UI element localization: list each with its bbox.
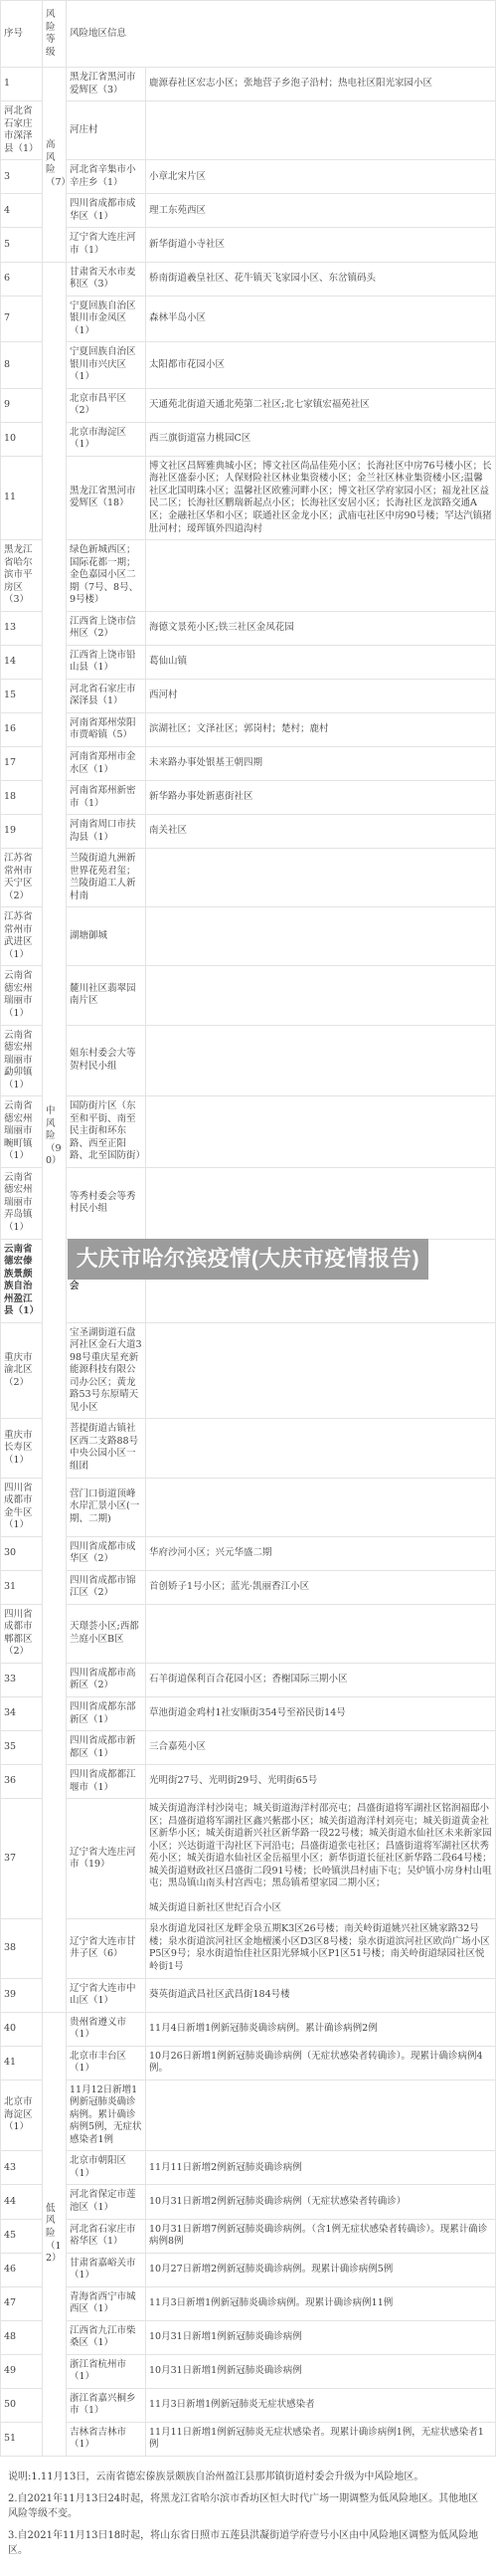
index-cell: 江苏省常州市天宁区（2） — [1, 849, 43, 907]
notes: 说明:1.11月13日，云南省德宏傣族景颇族自治州盈江县那邦镇街道村委会升级为中… — [0, 2457, 497, 2576]
location-cell: 菩提街道古镇社区西二支路88号中央公园小区一组团 — [67, 1419, 146, 1478]
table-row: 7宁夏回族自治区银川市金凤区（1）森林半岛小区 — [1, 296, 496, 342]
index-cell: 云南省德宏州瑞丽市勐卯镇（1） — [1, 1025, 43, 1096]
area-cell: 理工东苑西区 — [146, 194, 496, 228]
header-risk-level: 风险等级 — [43, 1, 67, 68]
location-cell: 等秀村委会等秀村民小组 — [67, 1167, 146, 1239]
table-row: 四川省成都市郫都区（2）天璟荟小区;西都兰庭小区B区 — [1, 1604, 496, 1663]
table-row: 45河北省石家庄市裕华区（1）10月31日新增7例新冠肺炎确诊病例。（含1例无症… — [1, 2219, 496, 2253]
index-cell: 36 — [1, 1765, 43, 1799]
index-cell: 6 — [1, 262, 43, 296]
header-index: 序号 — [1, 1, 43, 68]
area-cell: 10月31日新增7例新冠肺炎确诊病例。（含1例无症状感染者转确诊）。现累计确诊病… — [146, 2219, 496, 2253]
table-row: 黑龙江省哈尔滨市平房区（3）绿色新城西区；国际花都一期；金色嘉园小区二期（7号、… — [1, 540, 496, 612]
table-row: 43北京市朝阳区（1）11月11日新增2例新冠肺炎确诊病例 — [1, 2151, 496, 2185]
page: 序号 风险等级 风险地区信息 1高风险（7）黑龙江省黑河市爱辉区（3）鹿源春社区… — [0, 0, 497, 2576]
area-cell: 石羊街道保利百合花园小区；香榭国际三期小区 — [146, 1663, 496, 1696]
table-row: 34四川省成都东部新区（1）草池街道金鸡村1社安顺街354号至裕民街14号 — [1, 1696, 496, 1730]
index-cell: 34 — [1, 1696, 43, 1730]
location-cell: 宝圣湖街道石盘河社区金石大道398号重庆星充新能源科技有限公司办公区；黄龙路53… — [67, 1322, 146, 1419]
table-row: 10北京市海淀区（1）西三旗街道富力桃园C区 — [1, 422, 496, 456]
index-cell: 重庆市渝北区（2） — [1, 1322, 43, 1419]
table-row: 33四川省成都市高新区（2）石羊街道保利百合花园小区；香榭国际三期小区 — [1, 1663, 496, 1696]
index-cell: 9 — [1, 388, 43, 422]
area-cell: 滨湖社区；文泽社区；郭岗村；楚村；鹿村 — [146, 712, 496, 746]
index-cell: 33 — [1, 1663, 43, 1696]
table-row: 13江西省上饶市信州区（2）海德文景苑小区;铁三社区金凤花园 — [1, 611, 496, 645]
area-cell: 10月31日新增2例新冠肺炎确诊病例（无症状感染者转确诊） — [146, 2185, 496, 2219]
table-row: 35四川省成都市新都区（1）三合嘉苑小区 — [1, 1731, 496, 1765]
location-cell: 北京市丰台区（1） — [67, 2046, 146, 2080]
table-row: 48江西省九江市柴桑区（1）10月31日新增1例新冠肺炎确诊病例 — [1, 2320, 496, 2354]
area-cell — [146, 1167, 496, 1239]
index-cell: 云南省德宏州瑞丽市弄岛镇（1） — [1, 1167, 43, 1239]
table-row: 8宁夏回族自治区银川市兴庆区（1）太阳都市花园小区 — [1, 342, 496, 389]
table-row: 47青海省西宁市城西区（1）11月3日新增1例新冠肺炎确诊病例。现累计确诊病例1… — [1, 2286, 496, 2320]
location-cell: 贵州省遵义市（1） — [67, 2012, 146, 2046]
area-cell — [146, 907, 496, 966]
index-cell: 50 — [1, 2388, 43, 2422]
index-cell: 8 — [1, 342, 43, 389]
table-row: 39辽宁省大连市中山区（1）葵英街道武昌社区武昌街184号楼 — [1, 1978, 496, 2012]
location-cell: 宁夏回族自治区银川市金凤区（1） — [67, 296, 146, 342]
location-cell: 河庄村 — [67, 101, 146, 160]
index-cell: 30 — [1, 1536, 43, 1570]
table-row: 云南省德宏州瑞丽市（1）麓川社区翡翠园南片区 — [1, 966, 496, 1025]
area-cell: 小章北宋片区 — [146, 160, 496, 194]
index-cell: 51 — [1, 2422, 43, 2456]
location-cell: 北京市昌平区（2） — [67, 388, 146, 422]
area-cell — [146, 1322, 496, 1419]
risk-area-table: 序号 风险等级 风险地区信息 1高风险（7）黑龙江省黑河市爱辉区（3）鹿源春社区… — [0, 0, 496, 2457]
table-row: 40低风险（12）贵州省遵义市（1）11月4日新增1例新冠肺炎确诊病例。累计确诊… — [1, 2012, 496, 2046]
table-row: 4四川省成都市成华区（1）理工东苑西区 — [1, 194, 496, 228]
area-cell — [146, 1478, 496, 1536]
index-cell: 17 — [1, 746, 43, 780]
location-cell: 姐东村委会大等贺村民小组 — [67, 1025, 146, 1096]
table-row: 36四川省成都都江堰市（1）光明街27号、光明街29号、光明街65号 — [1, 1765, 496, 1799]
index-cell: 1 — [1, 68, 43, 101]
location-cell: 甘肃省嘉峪关市（1） — [67, 2253, 146, 2286]
area-cell: 10月31日新增1例新冠肺炎确诊病例 — [146, 2354, 496, 2388]
location-cell: 四川省成都市成华区（1） — [67, 194, 146, 228]
table-row: 31四川省成都市锦江区（2）首创娇子1号小区；蓝光·凯丽香江小区 — [1, 1570, 496, 1604]
location-cell: 河南省周口市扶沟县（1） — [67, 815, 146, 849]
index-cell: 15 — [1, 679, 43, 712]
area-cell: 11月3日新增1例新冠肺炎无症状感染者 — [146, 2388, 496, 2422]
area-cell: 10月31日新增1例新冠肺炎确诊病例 — [146, 2320, 496, 2354]
area-cell — [146, 540, 496, 612]
location-cell: 辽宁省大连庄河市（1） — [67, 228, 146, 262]
table-row: 50浙江省嘉兴桐乡市（1）11月3日新增1例新冠肺炎无症状感染者 — [1, 2388, 496, 2422]
area-cell: 天通苑北街道天通北苑第二社区;北七家镇宏福苑社区 — [146, 388, 496, 422]
index-cell: 河北省石家庄市深泽县（1） — [1, 101, 43, 160]
location-cell: 江西省九江市柴桑区（1） — [67, 2320, 146, 2354]
index-cell: 40 — [1, 2012, 43, 2046]
index-cell: 37 — [1, 1799, 43, 1919]
area-cell — [146, 1025, 496, 1096]
location-cell: 河南省郑州新密市（1） — [67, 781, 146, 815]
table-row: 51吉林省吉林市（1）11月11日新增1例新冠肺炎无症状感染者。现累计确诊病例1… — [1, 2422, 496, 2456]
area-cell — [146, 1419, 496, 1478]
location-cell: 河北省辛集市小辛庄乡（1） — [67, 160, 146, 194]
table-row: 19河南省周口市扶沟县（1）南关社区 — [1, 815, 496, 849]
location-cell: 营门口街道顶峰水岸汇景小区(一期、二期) — [67, 1478, 146, 1536]
index-cell: 黑龙江省哈尔滨市平房区（3） — [1, 540, 43, 612]
area-cell: 葵英街道武昌社区武昌街184号楼 — [146, 1978, 496, 2012]
table-row: 49浙江省杭州市（1）10月31日新增1例新冠肺炎确诊病例 — [1, 2354, 496, 2388]
location-cell: 11月12日新增1例新冠肺炎确诊病例。累计确诊病例5例，无症状感染者1例 — [67, 2080, 146, 2151]
risk-level-cell: 低风险（12） — [43, 2012, 67, 2456]
table-row: 38辽宁省大连市甘井子区（6）泉水街道龙园社区龙畔金泉五期K3区26号楼；南关岭… — [1, 1919, 496, 1978]
table-row: 5辽宁省大连庄河市（1）新华街道小寺社区 — [1, 228, 496, 262]
location-cell: 河北省石家庄市裕华区（1） — [67, 2219, 146, 2253]
index-cell: 13 — [1, 611, 43, 645]
index-cell: 16 — [1, 712, 43, 746]
index-cell: 江苏省常州市武进区（1） — [1, 907, 43, 966]
table-row: 云南省德宏州瑞丽市勐卯镇（1）姐东村委会大等贺村民小组 — [1, 1025, 496, 1096]
area-cell: 10月26日新增1例新冠肺炎确诊病例（无症状感染者转确诊）。现累计确诊病例4例。 — [146, 2046, 496, 2080]
index-cell: 38 — [1, 1919, 43, 1978]
area-cell — [146, 1604, 496, 1663]
location-cell: 辽宁省大连市中山区（1） — [67, 1978, 146, 2012]
location-cell: 北京市海淀区（1） — [67, 422, 146, 456]
index-cell: 46 — [1, 2253, 43, 2286]
index-cell: 北京市海淀区（1） — [1, 2080, 43, 2151]
header-risk-area-info: 风险地区信息 — [67, 1, 496, 68]
area-cell: 光明街27号、光明街29号、光明街65号 — [146, 1765, 496, 1799]
index-cell: 四川省成都市金牛区（1） — [1, 1478, 43, 1536]
location-cell: 江西省上饶市铅山县（1） — [67, 645, 146, 679]
area-cell: 未来路办事处银基王朝四期 — [146, 746, 496, 780]
location-cell: 四川省成都市高新区（2） — [67, 1663, 146, 1696]
table-header-row: 序号 风险等级 风险地区信息 — [1, 1, 496, 68]
area-cell — [146, 966, 496, 1025]
table-row: 18河南省郑州新密市（1）新华路办事处新惠街社区 — [1, 781, 496, 815]
table-row: 15河北省石家庄市深泽县（1）西河村 — [1, 679, 496, 712]
table-row: 河北省石家庄市深泽县（1）河庄村 — [1, 101, 496, 160]
table-row: 37辽宁省大连庄河市（19）城关街道海洋村沙岗屯；城关街道海洋村邵亮屯；昌盛街道… — [1, 1799, 496, 1919]
location-cell: 河南省郑州荥阳市贾峪镇（5） — [67, 712, 146, 746]
area-cell: 新华路办事处新惠街社区 — [146, 781, 496, 815]
index-cell: 35 — [1, 1731, 43, 1765]
table-row: 云南省德宏州瑞丽市畹町镇（1）国防街片区（东至和平街、南至民主街和环东路、西至正… — [1, 1096, 496, 1168]
location-cell: 四川省成都市新都区（1） — [67, 1731, 146, 1765]
risk-level-cell: 高风险（7） — [43, 68, 67, 262]
table-row: 46甘肃省嘉峪关市（1）10月27日新增2例新冠肺炎确诊病例。现累计确诊病例5例 — [1, 2253, 496, 2286]
table-row: 14江西省上饶市铅山县（1）葛仙山镇 — [1, 645, 496, 679]
table-row: 11黑龙江省黑河市爱辉区（18）博文社区昌辉雅典城小区；博文社区尚品佳苑小区；长… — [1, 456, 496, 539]
index-cell: 18 — [1, 781, 43, 815]
table-row: 6中风险（90）甘肃省天水市麦积区（3）桥南街道羲皇社区、花牛镇天飞家园小区、东… — [1, 262, 496, 296]
index-cell: 四川省成都市郫都区（2） — [1, 1604, 43, 1663]
index-cell: 43 — [1, 2151, 43, 2185]
location-cell: 天璟荟小区;西都兰庭小区B区 — [67, 1604, 146, 1663]
index-cell: 41 — [1, 2046, 43, 2080]
index-cell: 10 — [1, 422, 43, 456]
index-cell: 45 — [1, 2219, 43, 2253]
area-cell: 森林半岛小区 — [146, 296, 496, 342]
location-cell: 国防街片区（东至和平街、南至民主街和环东路、西至正阳路、北至国防街） — [67, 1096, 146, 1168]
location-cell: 辽宁省大连庄河市（19） — [67, 1799, 146, 1919]
index-cell: 11 — [1, 456, 43, 539]
area-cell: 新华街道小寺社区 — [146, 228, 496, 262]
table-row: 北京市海淀区（1）11月12日新增1例新冠肺炎确诊病例。累计确诊病例5例，无症状… — [1, 2080, 496, 2151]
area-cell: 11月11日新增2例新冠肺炎确诊病例 — [146, 2151, 496, 2185]
table-row: 41北京市丰台区（1）10月26日新增1例新冠肺炎确诊病例（无症状感染者转确诊）… — [1, 2046, 496, 2080]
location-cell: 河北省保定市莲池区（1） — [67, 2185, 146, 2219]
index-cell: 44 — [1, 2185, 43, 2219]
table-row: 1高风险（7）黑龙江省黑河市爱辉区（3）鹿源春社区宏志小区；张地营子乡泡子沿村；… — [1, 68, 496, 101]
location-cell: 浙江省杭州市（1） — [67, 2354, 146, 2388]
location-cell: 吉林省吉林市（1） — [67, 2422, 146, 2456]
index-cell: 48 — [1, 2320, 43, 2354]
index-cell: 5 — [1, 228, 43, 262]
area-cell: 11月11日新增1例新冠肺炎无症状感染者。现累计确诊病例1例，无症状感染者1例 — [146, 2422, 496, 2456]
area-cell: 草池街道金鸡村1社安顺街354号至裕民街14号 — [146, 1696, 496, 1730]
area-cell: 10月27日新增2例新冠肺炎确诊病例。现累计确诊病例5例 — [146, 2253, 496, 2286]
area-cell: 11月3日新增1例新冠肺炎确诊病例。现累计确诊病例11例 — [146, 2286, 496, 2320]
table-row: 四川省成都市金牛区（1）营门口街道顶峰水岸汇景小区(一期、二期) — [1, 1478, 496, 1536]
location-cell: 黑龙江省黑河市爱辉区（3） — [67, 68, 146, 101]
area-cell: 城关街道海洋村沙岗屯；城关街道海洋村邵亮屯；昌盛街道将军湖社区铭润福邸小区；昌盛… — [146, 1799, 496, 1919]
index-cell: 31 — [1, 1570, 43, 1604]
index-cell: 19 — [1, 815, 43, 849]
index-cell: 49 — [1, 2354, 43, 2388]
index-cell: 14 — [1, 645, 43, 679]
table-row: 江苏省常州市武进区（1）湖塘御城 — [1, 907, 496, 966]
location-cell: 绿色新城西区；国际花都一期；金色嘉园小区二期（7号、8号、9号楼） — [67, 540, 146, 612]
index-cell: 云南省德宏州瑞丽市（1） — [1, 966, 43, 1025]
area-cell: 11月4日新增1例新冠肺炎确诊病例。累计确诊病例2例 — [146, 2012, 496, 2046]
index-cell: 3 — [1, 160, 43, 194]
location-cell: 宁夏回族自治区银川市兴庆区（1） — [67, 342, 146, 389]
location-cell: 河北省石家庄市深泽县（1） — [67, 679, 146, 712]
table-row: 17河南省郑州市金水区（1）未来路办事处银基王朝四期 — [1, 746, 496, 780]
table-row: 重庆市渝北区（2）宝圣湖街道石盘河社区金石大道398号重庆星充新能源科技有限公司… — [1, 1322, 496, 1419]
area-cell: 海德文景苑小区;铁三社区金凤花园 — [146, 611, 496, 645]
note-line: 说明:1.11月13日，云南省德宏傣族景颇族自治州盈江县那邦镇街道村委会升级为中… — [8, 2471, 487, 2485]
location-cell: 甘肃省天水市麦积区（3） — [67, 262, 146, 296]
note-line: 2.自2021年11月13日24时起，将黑龙江省哈尔滨市香坊区恒大时代广场一期调… — [8, 2492, 487, 2521]
index-cell: 39 — [1, 1978, 43, 2012]
area-cell: 西河村 — [146, 679, 496, 712]
location-cell: 四川省成都市成华区（2） — [67, 1536, 146, 1570]
table-row: 云南省德宏州瑞丽市弄岛镇（1）等秀村委会等秀村民小组 — [1, 1167, 496, 1239]
location-cell: 北京市朝阳区（1） — [67, 2151, 146, 2185]
area-cell — [146, 849, 496, 907]
area-cell — [146, 1096, 496, 1168]
area-cell: 华府沙河小区；兴元华盛二期 — [146, 1536, 496, 1570]
location-cell: 湖塘御城 — [67, 907, 146, 966]
location-cell: 河南省郑州市金水区（1） — [67, 746, 146, 780]
area-cell: 三合嘉苑小区 — [146, 1731, 496, 1765]
location-cell: 辽宁省大连市甘井子区（6） — [67, 1919, 146, 1978]
location-cell: 浙江省嘉兴桐乡市（1） — [67, 2388, 146, 2422]
area-cell: 桥南街道羲皇社区、花牛镇天飞家园小区、东岔镇码头 — [146, 262, 496, 296]
table-row: 江苏省常州市天宁区（2）兰陵街道九洲新世界花苑君玺；兰陵街道工人新村南 — [1, 849, 496, 907]
area-cell — [146, 101, 496, 160]
table-row: 16河南省郑州荥阳市贾峪镇（5）滨湖社区；文泽社区；郭岗村；楚村；鹿村 — [1, 712, 496, 746]
index-cell: 重庆市长寿区（1） — [1, 1419, 43, 1478]
table-row: 30四川省成都市成华区（2）华府沙河小区；兴元华盛二期 — [1, 1536, 496, 1570]
location-cell: 江西省上饶市信州区（2） — [67, 611, 146, 645]
area-cell: 西三旗街道富力桃园C区 — [146, 422, 496, 456]
risk-level-cell: 中风险（90） — [43, 262, 67, 2012]
location-cell: 麓川社区翡翠园南片区 — [67, 966, 146, 1025]
index-cell: 云南省德宏州瑞丽市畹町镇（1） — [1, 1096, 43, 1168]
location-cell: 四川省成都东部新区（1） — [67, 1696, 146, 1730]
area-cell: 泉水街道龙园社区龙畔金泉五期K3区26号楼；南关岭街道姚兴社区姚家路32号楼；泉… — [146, 1919, 496, 1978]
table-row: 44河北省保定市莲池区（1）10月31日新增2例新冠肺炎确诊病例（无症状感染者转… — [1, 2185, 496, 2219]
index-cell: 47 — [1, 2286, 43, 2320]
area-cell: 南关社区 — [146, 815, 496, 849]
area-cell: 首创娇子1号小区；蓝光·凯丽香江小区 — [146, 1570, 496, 1604]
area-cell: 鹿源春社区宏志小区；张地营子乡泡子沿村；热电社区阳光家园小区 — [146, 68, 496, 101]
index-cell: 云南省德宏傣族景颇族自治州盈江县（1） — [1, 1239, 43, 1322]
location-cell: 四川省成都都江堰市（1） — [67, 1765, 146, 1799]
area-cell: 葛仙山镇 — [146, 645, 496, 679]
location-cell: 青海省西宁市城西区（1） — [67, 2286, 146, 2320]
location-cell: 兰陵街道九洲新世界花苑君玺；兰陵街道工人新村南 — [67, 849, 146, 907]
note-line: 3.自2021年11月13日18时起，将山东省日照市五莲县洪凝街道学府壹号小区由… — [8, 2529, 487, 2558]
area-cell — [146, 2080, 496, 2151]
location-cell: 四川省成都市锦江区（2） — [67, 1570, 146, 1604]
index-cell: 4 — [1, 194, 43, 228]
table-row: 9北京市昌平区（2）天通苑北街道天通北苑第二社区;北七家镇宏福苑社区 — [1, 388, 496, 422]
location-cell: 黑龙江省黑河市爱辉区（18） — [67, 456, 146, 539]
index-cell: 7 — [1, 296, 43, 342]
area-cell: 博文社区昌辉雅典城小区；博文社区尚品佳苑小区；长海社区中房76号楼小区；长海社区… — [146, 456, 496, 539]
table-row: 3河北省辛集市小辛庄乡（1）小章北宋片区 — [1, 160, 496, 194]
overlay-title: 大庆市哈尔滨疫情(大庆市疫情报告) — [68, 1239, 428, 1280]
area-cell: 太阳都市花园小区 — [146, 342, 496, 389]
table-row: 重庆市长寿区（1）菩提街道古镇社区西二支路88号中央公园小区一组团 — [1, 1419, 496, 1478]
